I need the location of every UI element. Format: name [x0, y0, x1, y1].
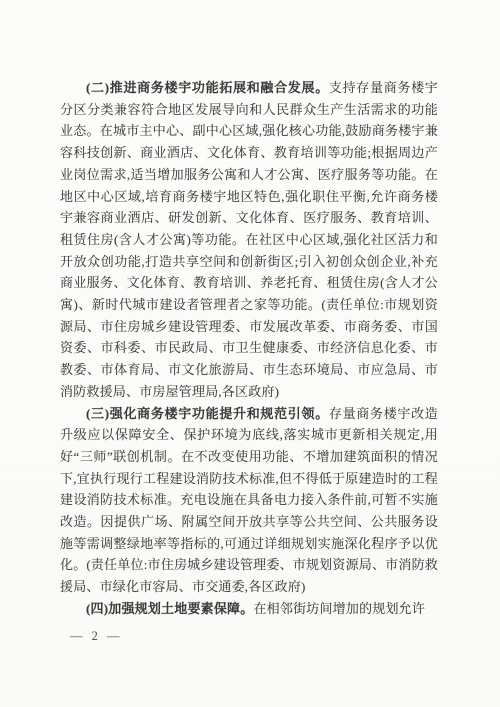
section-3-body: 存量商务楼宇改造升级应以保障安全、保护环境为底线,落实城市更新相关规定,用好“三…	[60, 406, 438, 595]
paragraph-section-3: (三)强化商务楼宇功能提升和规范引领。存量商务楼宇改造升级应以保障安全、保护环境…	[60, 403, 438, 598]
section-2-heading: (二)推进商务楼宇功能拓展和融合发展。	[86, 80, 329, 95]
paragraph-section-4: (四)加强规划土地要素保障。在相邻街坊间增加的规划允许	[60, 598, 438, 620]
page-number: — 2 —	[70, 629, 123, 644]
section-4-heading: (四)加强规划土地要素保障。	[86, 601, 253, 616]
paragraph-section-2: (二)推进商务楼宇功能拓展和融合发展。支持存量商务楼宇分区分类兼容符合地区发展导…	[60, 77, 438, 403]
section-2-body: 支持存量商务楼宇分区分类兼容符合地区发展导向和人民群众生产生活需求的功能业态。在…	[60, 80, 438, 399]
section-4-body: 在相邻街坊间增加的规划允许	[253, 601, 425, 616]
section-3-heading: (三)强化商务楼宇功能提升和规范引领。	[86, 406, 329, 421]
document-text: (二)推进商务楼宇功能拓展和融合发展。支持存量商务楼宇分区分类兼容符合地区发展导…	[60, 77, 438, 620]
document-page: (二)推进商务楼宇功能拓展和融合发展。支持存量商务楼宇分区分类兼容符合地区发展导…	[0, 0, 500, 707]
